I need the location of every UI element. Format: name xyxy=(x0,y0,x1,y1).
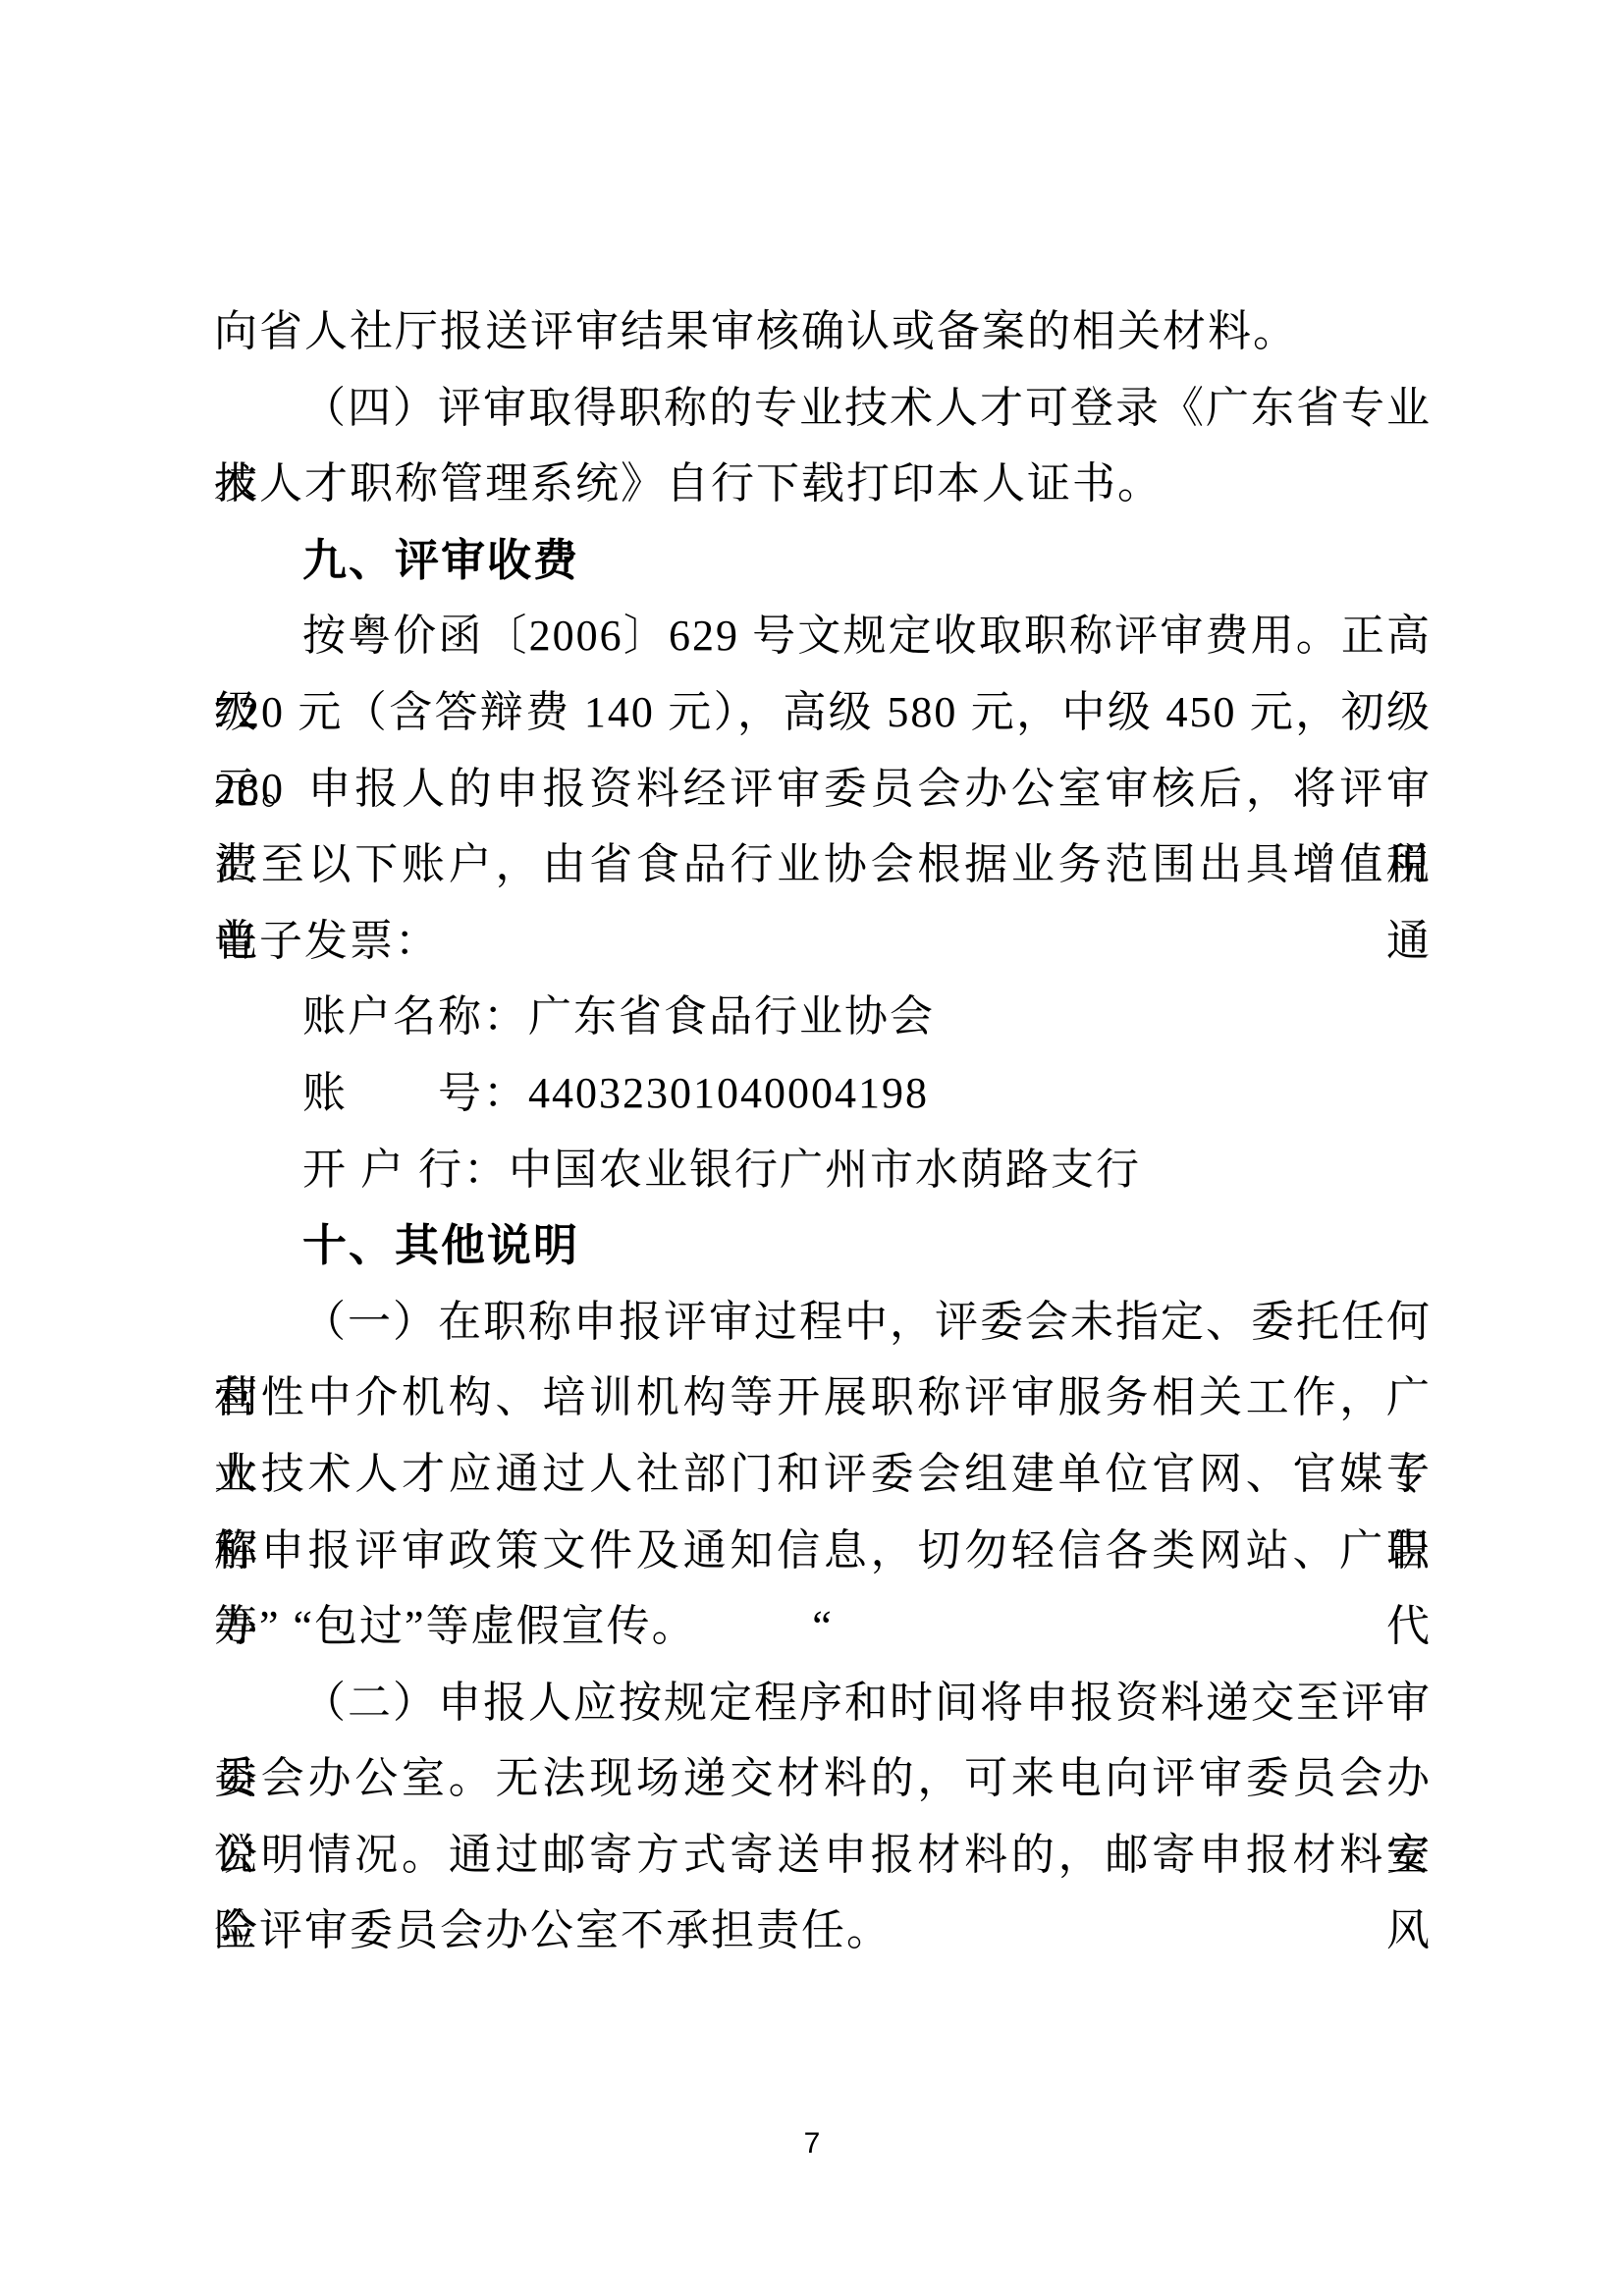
item-1-line-1: （一）在职称申报评审过程中，评委会未指定、委托任何营 xyxy=(214,1284,1432,1361)
item-2-line-3: 说明情况。通过邮寄方式寄送申报材料的，邮寄申报材料安全风 xyxy=(214,1817,1432,1894)
item-4-line-1: （四）评审取得职称的专业技术人才可登录《广东省专业技 xyxy=(214,370,1432,447)
document-body: 向省人社厅报送评审结果审核确认或备案的相关材料。 （四）评审取得职称的专业技术人… xyxy=(214,294,1432,1969)
section-heading-10: 十、其他说明 xyxy=(214,1207,1432,1284)
fees-paragraph-line-3: 元。申报人的申报资料经评审委员会办公室审核后，将评审费用 xyxy=(214,751,1432,828)
paragraph-continuation-line: 向省人社厅报送评审结果审核确认或备案的相关材料。 xyxy=(214,294,1432,370)
item-1-line-3: 业技术人才应通过人社部门和评委会组建单位官网、官媒了解职 xyxy=(214,1436,1432,1513)
document-page: 向省人社厅报送评审结果审核确认或备案的相关材料。 （四）评审取得职称的专业技术人… xyxy=(0,0,1624,2296)
account-name-line: 账户名称：广东省食品行业协会 xyxy=(214,979,1432,1055)
fees-paragraph-line-1: 按粤价函〔2006〕629 号文规定收取职称评审费用。正高级 xyxy=(214,598,1432,674)
item-1-line-2: 利性中介机构、培训机构等开展职称评审服务相关工作，广大专 xyxy=(214,1360,1432,1436)
item-4-line-2: 术人才职称管理系统》自行下载打印本人证书。 xyxy=(214,446,1432,522)
item-2-line-1: （二）申报人应按规定程序和时间将申报资料递交至评审委 xyxy=(214,1665,1432,1741)
section-heading-9: 九、评审收费 xyxy=(214,522,1432,599)
item-2-line-2: 员会办公室。无法现场递交材料的，可来电向评审委员会办公室 xyxy=(214,1740,1432,1817)
account-number-line: 账 号：44032301040004198 xyxy=(214,1055,1432,1132)
item-1-line-4: 称申报评审政策文件及通知信息，切勿轻信各类网站、广告等“代 xyxy=(214,1513,1432,1589)
fees-paragraph-line-2: 720 元（含答辩费 140 元），高级 580 元，中级 450 元，初级 2… xyxy=(214,674,1432,751)
bank-branch-line: 开 户 行：中国农业银行广州市水荫路支行 xyxy=(214,1132,1432,1208)
fees-paragraph-line-4: 汇至以下账户，由省食品行业协会根据业务范围出具增值税普通 xyxy=(214,827,1432,903)
page-number: 7 xyxy=(0,2124,1624,2163)
